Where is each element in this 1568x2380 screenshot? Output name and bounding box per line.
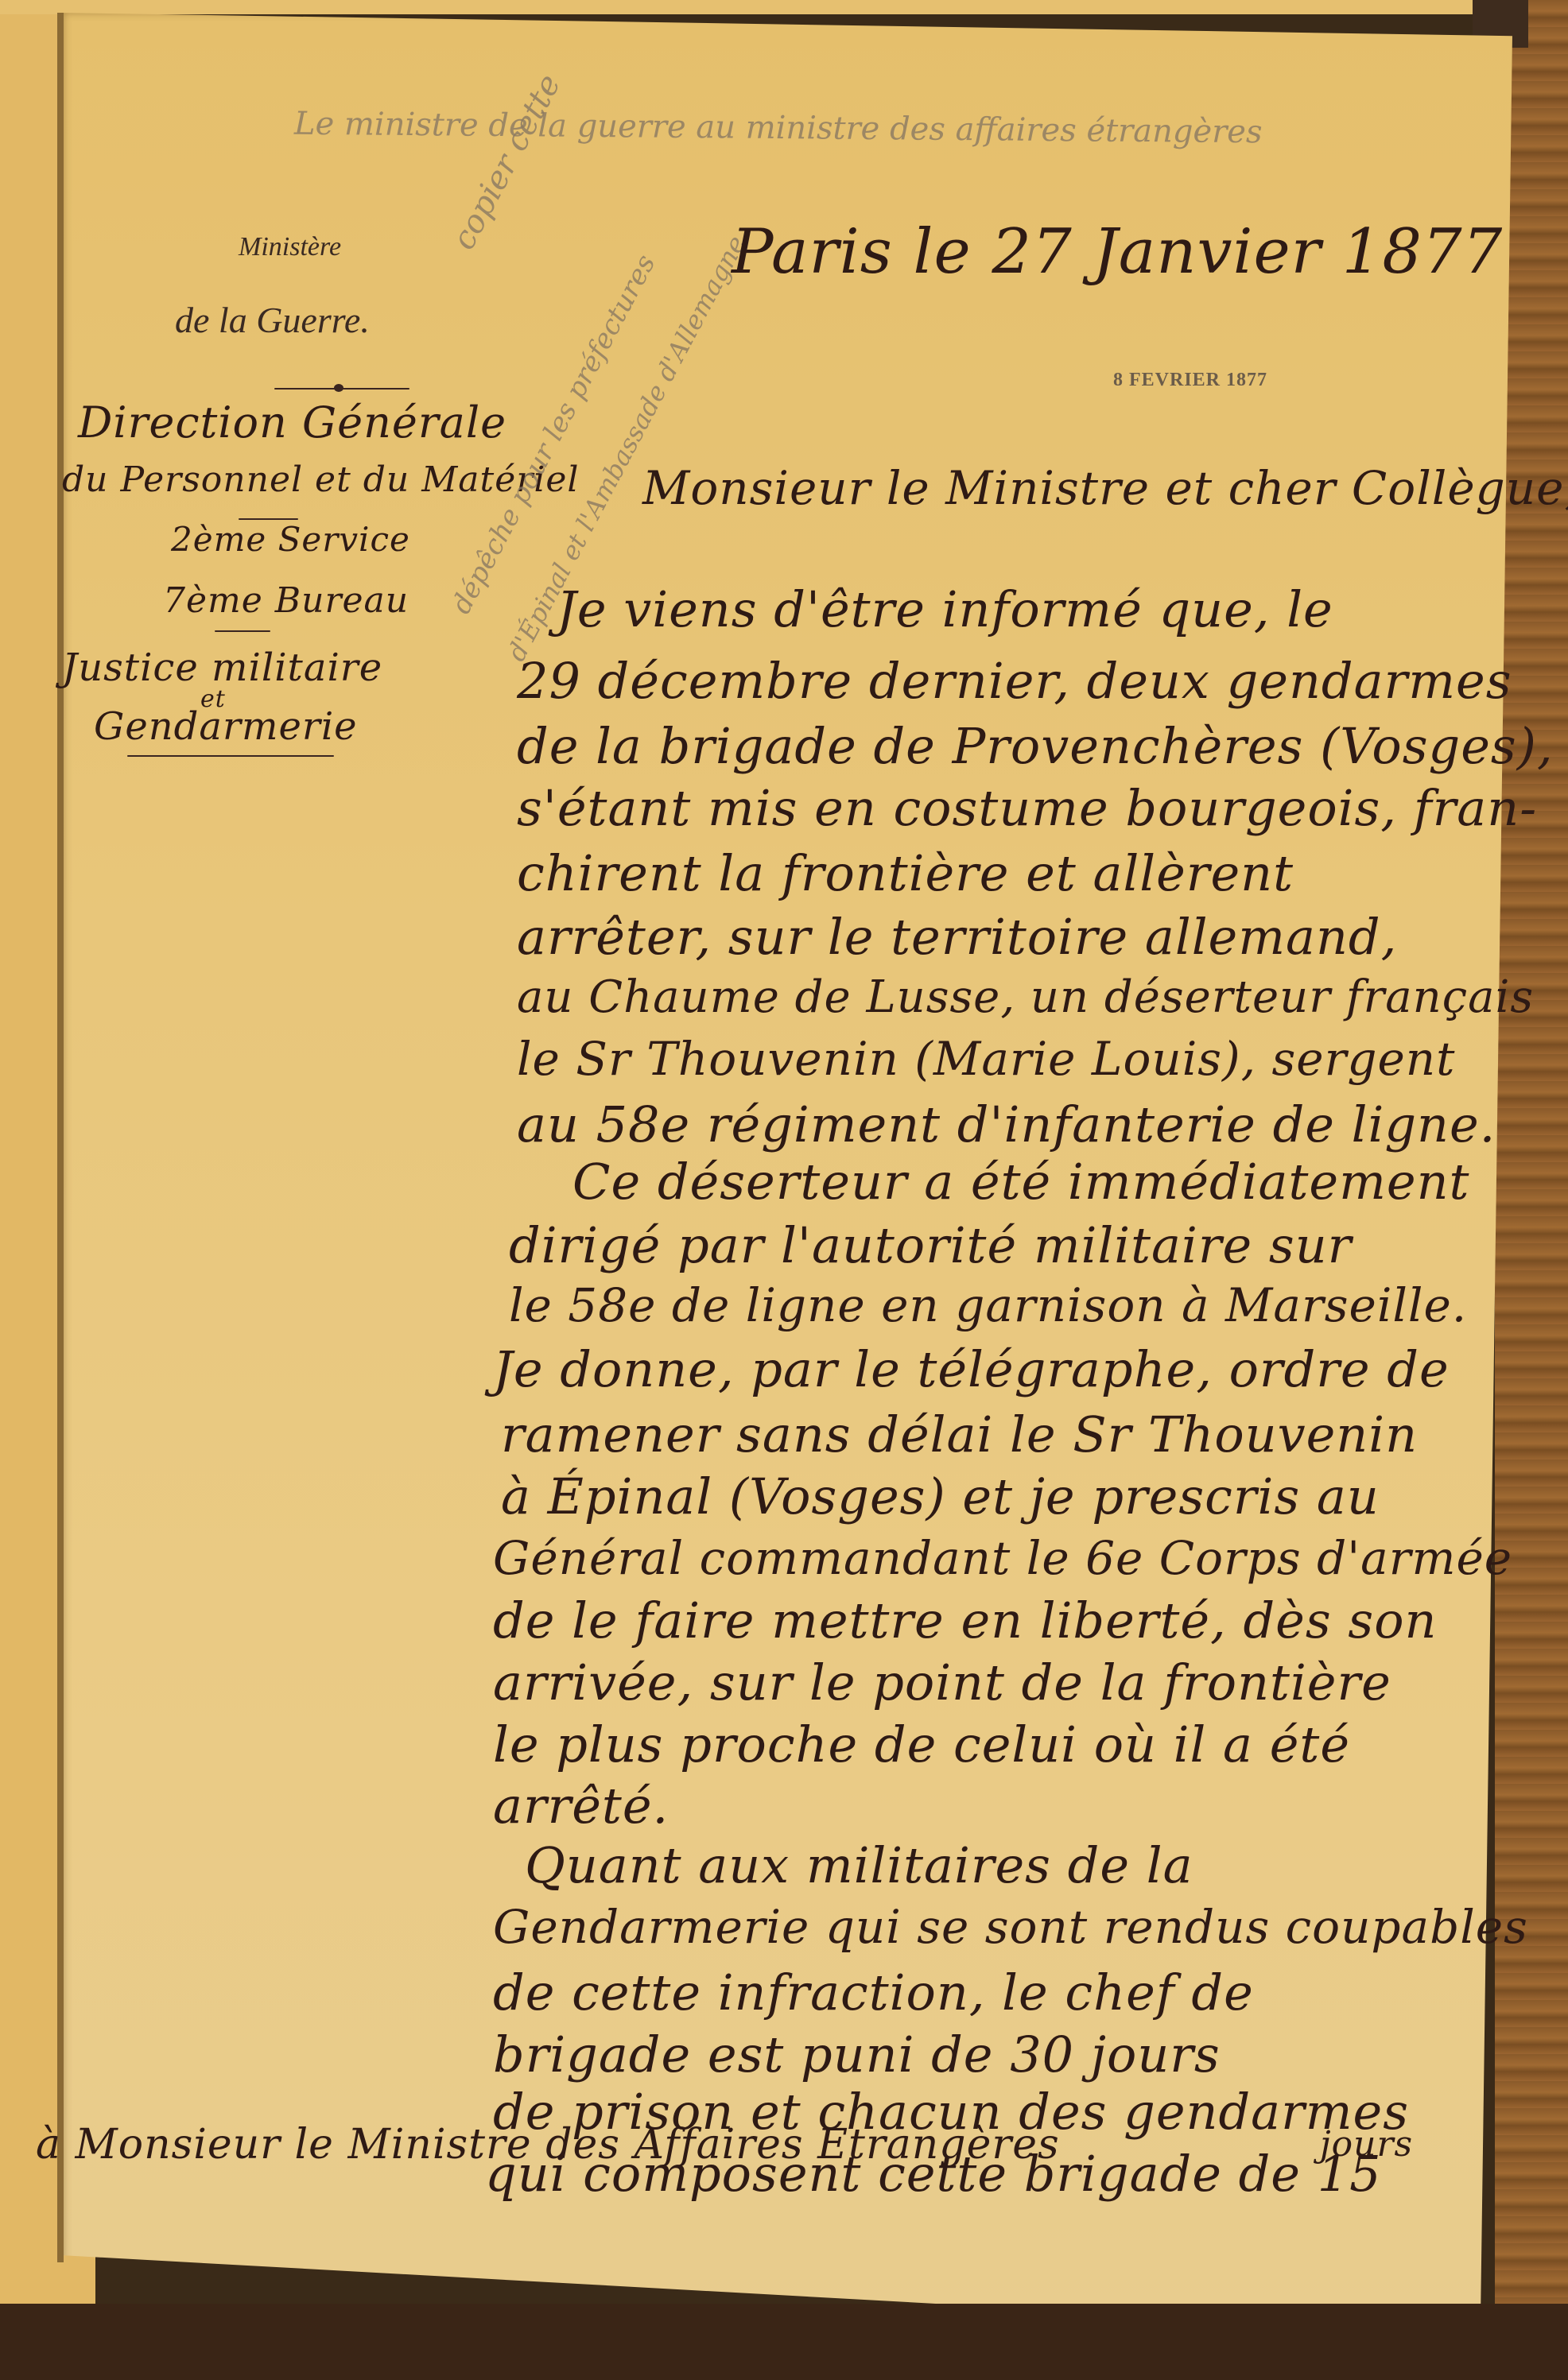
body-line: dirigé par l'autorité militaire sur [509,1216,1352,1274]
body-line: arrêté. [493,1777,669,1835]
body-line: Je viens d'être informé que, le [557,580,1333,638]
body-line: de cette infraction, le chef de [493,1963,1254,2021]
page-top-edge [0,0,1511,14]
body-line: 29 décembre dernier, deux gendarmes [517,652,1512,710]
letterhead-divider-ornament [334,384,343,392]
body-line: le plus proche de celui où il a été [493,1715,1350,1773]
received-date-stamp: 8 FEVRIER 1877 [1113,370,1267,391]
body-line: arrêter, sur le territoire allemand, [517,908,1397,966]
body-line: arrivée, sur le point de la frontière [493,1653,1391,1711]
body-line: le 58e de ligne en garnison à Marseille. [509,1278,1467,1332]
body-line: ramener sans délai le Sr Thouvenin [501,1405,1418,1463]
sheet-fold-shadow [57,13,64,2262]
body-line: brigade est puni de 30 jours [493,2025,1221,2083]
dept-underline [127,755,334,757]
letterhead-ministere: Ministère [239,232,341,262]
dept-gendarmerie: Gendarmerie [94,704,358,749]
body-line: Je donne, par le télégraphe, ordre de [493,1340,1450,1398]
body-line: au 58e régiment d'infanterie de ligne. [517,1095,1496,1153]
dept-bureau: 7ème Bureau [163,580,409,621]
dept-direction-generale: Direction Générale [78,397,506,448]
dept-service: 2ème Service [171,520,410,559]
body-line: s'étant mis en costume bourgeois, fran- [517,779,1537,837]
dept-bureau-rule [215,630,270,632]
dept-personnel-materiel: du Personnel et du Matériel [62,459,579,500]
body-line: Ce déserteur a été immédiatement [572,1153,1469,1211]
salutation: Monsieur le Ministre et cher Collègue, [642,461,1568,515]
body-line: au Chaume de Lusse, un déserteur françai… [517,971,1534,1023]
body-line: Gendarmerie qui se sont rendus coupables [493,1900,1528,1954]
date-line: Paris le 27 Janvier 1877 [732,216,1503,288]
addressee-line: à Monsieur le Ministre des Affaires Etra… [36,2121,1060,2169]
dept-justice-militaire: Justice militaire [62,645,382,690]
body-line: de le faire mettre en liberté, dès son [493,1591,1437,1649]
body-line: Quant aux militaires de la [525,1836,1193,1894]
body-line: Général commandant le 6e Corps d'armée [493,1531,1512,1585]
body-line: à Épinal (Vosges) et je prescris au [501,1467,1380,1525]
dept-service-rule [239,518,298,520]
body-line: chirent la frontière et allèrent [517,844,1294,902]
body-line: de la brigade de Provenchères (Vosges), [517,717,1554,775]
letterhead-guerre: de la Guerre. [175,299,370,341]
body-line: le Sr Thouvenin (Marie Louis), sergent [517,1032,1455,1086]
dark-background-bottom [0,2304,1568,2380]
catchword: jours [1320,2124,1413,2165]
